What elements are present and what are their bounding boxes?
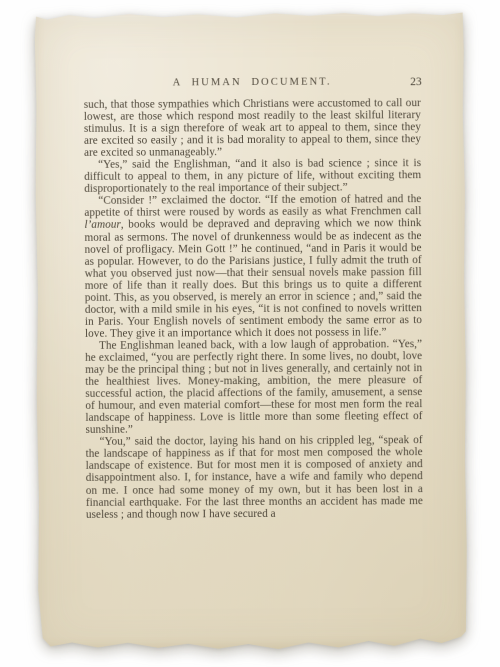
paragraph: The Englishman leaned back, with a low l… bbox=[85, 338, 423, 436]
paragraph-text: , books would be depraved and depraving … bbox=[84, 218, 421, 340]
page-header: A HUMAN DOCUMENT. 23 bbox=[84, 76, 421, 92]
italic-term: l’amour bbox=[84, 219, 120, 231]
book-page-wrapper: A HUMAN DOCUMENT. 23 such, that those sy… bbox=[34, 12, 467, 654]
book-page: A HUMAN DOCUMENT. 23 such, that those sy… bbox=[34, 12, 467, 654]
paragraph-text: “Consider !” exclaimed the doctor. “If t… bbox=[84, 193, 421, 219]
page-number: 23 bbox=[410, 76, 422, 88]
paragraph: such, that those sympathies which Christ… bbox=[84, 97, 421, 159]
page-body: such, that those sympathies which Christ… bbox=[84, 97, 423, 520]
paragraph: “You,” said the doctor, laying his hand … bbox=[86, 434, 423, 520]
paragraph: “Consider !” exclaimed the doctor. “If t… bbox=[84, 193, 422, 339]
running-title: A HUMAN DOCUMENT. bbox=[84, 76, 421, 89]
paragraph: “Yes,” said the Englishman, “and it also… bbox=[84, 157, 421, 195]
scan-background: A HUMAN DOCUMENT. 23 such, that those sy… bbox=[0, 0, 500, 667]
text-block: A HUMAN DOCUMENT. 23 such, that those sy… bbox=[84, 76, 423, 520]
